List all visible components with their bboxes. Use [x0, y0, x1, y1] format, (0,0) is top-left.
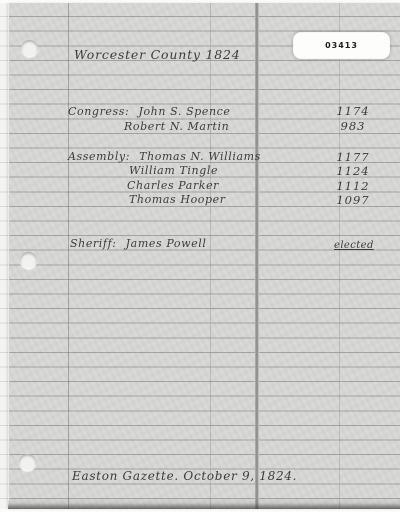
congress-candidate-2-name: Robert N. Martin [124, 120, 229, 133]
punch-hole-middle [20, 252, 37, 269]
page-title: Worcester County 1824 [74, 47, 241, 62]
fold-crease-right [339, 3, 340, 509]
assembly-candidate-4-name: Thomas Hooper [129, 193, 226, 206]
scan-bottom-edge [8, 498, 400, 509]
scanned-page: 03413 Worcester County 1824 Congress: Jo… [0, 0, 400, 512]
sheriff-office-label: Sheriff: [70, 237, 117, 250]
congress-row-2: Robert N. Martin [124, 120, 229, 133]
sheriff-row: Sheriff: James Powell [70, 237, 206, 250]
punch-hole-bottom [19, 454, 36, 471]
congress-row-1: Congress: John S. Spence [68, 105, 231, 118]
assembly-candidate-3-name: Charles Parker [127, 179, 219, 192]
assembly-row-3: Charles Parker [127, 179, 219, 192]
catalog-number: 03413 [325, 41, 358, 50]
catalog-sticker: 03413 [293, 32, 390, 59]
scan-left-edge [0, 3, 8, 509]
assembly-row-4: Thomas Hooper [129, 193, 226, 206]
notebook-paper [8, 3, 400, 509]
sheriff-candidate-name: James Powell [126, 237, 207, 250]
assembly-row-2: William Tingle [129, 164, 218, 177]
assembly-row-1: Assembly: Thomas N. Williams [68, 150, 261, 163]
congress-candidate-2-votes: 983 [334, 119, 372, 133]
assembly-candidate-2-name: William Tingle [129, 164, 218, 177]
fold-crease-center [255, 3, 259, 509]
congress-candidate-1-votes: 1174 [334, 104, 372, 118]
assembly-candidate-1-votes: 1177 [334, 150, 372, 164]
congress-office-label: Congress: [68, 105, 129, 118]
assembly-office-label: Assembly: [68, 150, 130, 163]
sheriff-result: elected [334, 240, 372, 251]
punch-hole-top [21, 40, 38, 57]
assembly-candidate-1-name: Thomas N. Williams [139, 150, 261, 163]
assembly-candidate-2-votes: 1124 [334, 164, 372, 178]
assembly-candidate-3-votes: 1112 [334, 179, 372, 193]
assembly-candidate-4-votes: 1097 [334, 193, 372, 207]
margin-rule-line [68, 3, 69, 509]
fold-crease-left [210, 3, 211, 509]
source-citation: Easton Gazette. October 9, 1824. [72, 469, 297, 483]
congress-candidate-1-name: John S. Spence [138, 105, 230, 118]
